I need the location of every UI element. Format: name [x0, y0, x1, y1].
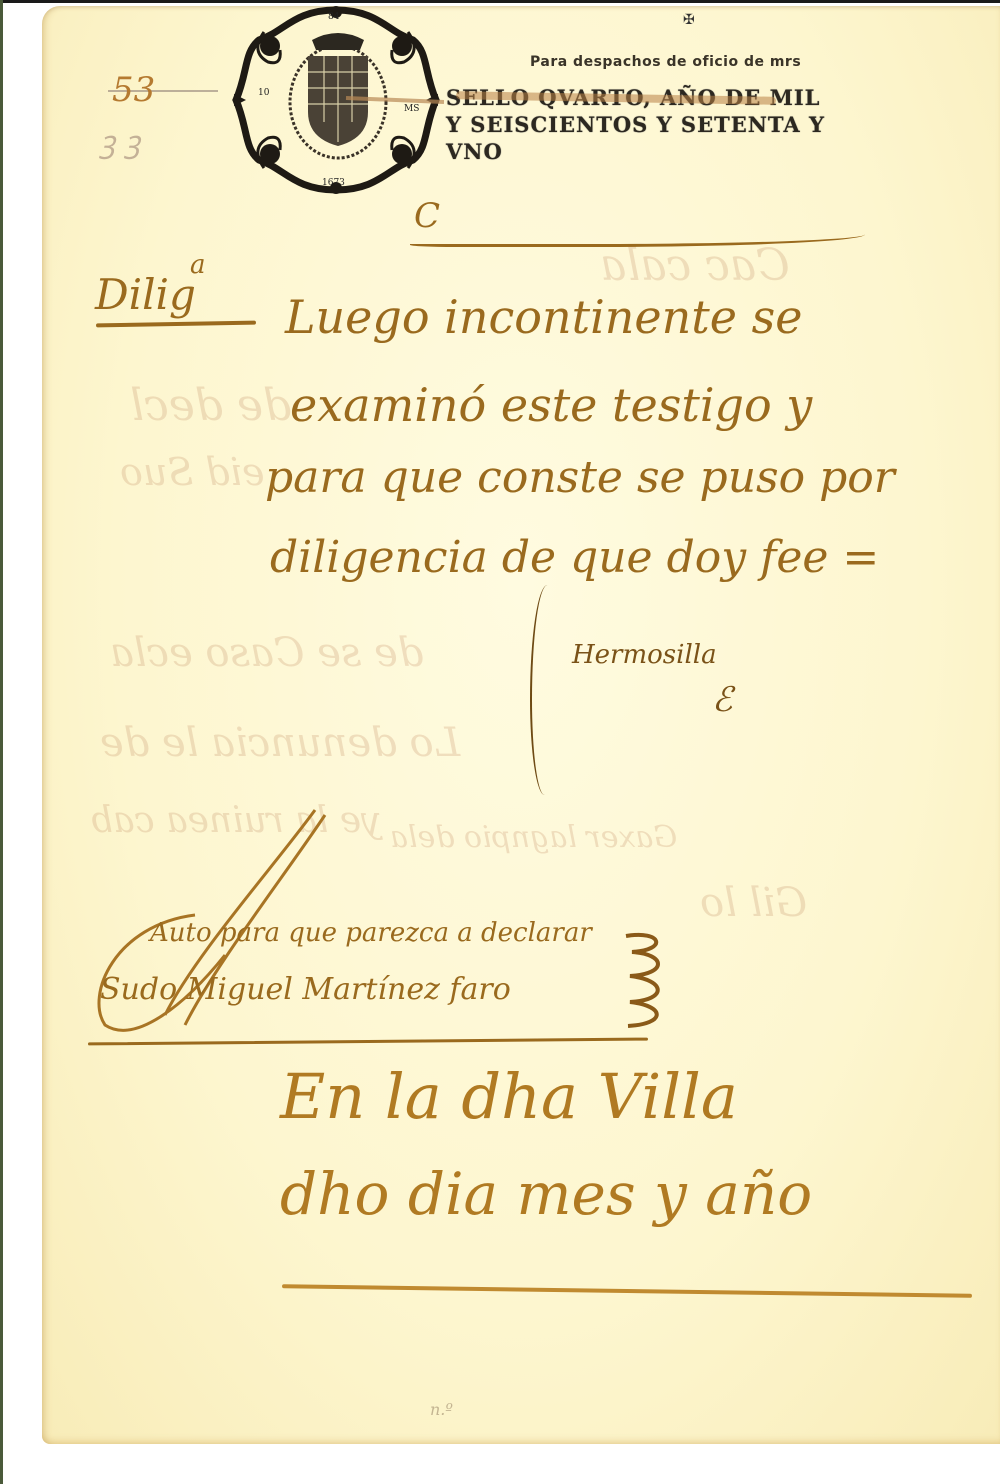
- auto-rubric-icon: [622, 930, 668, 1030]
- bleed-through-text: Cac cala: [600, 240, 790, 291]
- auto-line: Sudo Miguel Martínez faro: [100, 972, 511, 1007]
- coat-of-arms-icon: [228, 2, 444, 198]
- faint-footer-mark: n.º: [430, 1400, 453, 1419]
- stamp-subtitle: Para despachos de oficio de mrs: [530, 54, 801, 70]
- auto-line: Auto para que parezca a declarar: [150, 918, 592, 948]
- bleed-through-text: de decl: [130, 380, 291, 431]
- cross-mark-icon: ✠: [683, 12, 695, 28]
- folio-number: 53: [112, 70, 155, 110]
- bleed-through-text: Gil lo: [700, 880, 807, 926]
- closing-line: dho dia mes y año: [280, 1160, 812, 1228]
- stamp-header-line: Y SEISCIENTOS Y SETENTA Y: [446, 111, 825, 138]
- scan-frame-top: [0, 0, 1000, 3]
- margin-abbreviation: Dilig: [95, 270, 196, 319]
- stamp-number-right: MS: [404, 104, 419, 114]
- closing-line: En la dha Villa: [280, 1060, 738, 1133]
- stamp-number-top: 84: [328, 12, 339, 22]
- bleed-through-text: Lo denuncia le de: [100, 720, 460, 766]
- body-line: diligencia de que doy fee =: [270, 532, 879, 583]
- stamp-header-line: VNO: [446, 138, 825, 165]
- signature-bracket: [530, 585, 562, 795]
- royal-stamp-seal: 84 10 MS 1673: [228, 2, 444, 198]
- signature-name: Hermosilla: [572, 640, 717, 670]
- bleed-through-text: eid Suo: [120, 450, 264, 494]
- stamp-year: 1673: [322, 178, 345, 188]
- body-line: para que conste se puso por: [265, 452, 895, 503]
- body-line: examinó este testigo y: [290, 378, 812, 432]
- scan-frame-left: [0, 0, 3, 1484]
- bleed-through-text: Gaxer lagnpio dela: [390, 820, 677, 855]
- bleed-through-text: de se Caso ecla: [110, 630, 423, 676]
- signature-rubric-icon: ℰ: [712, 680, 733, 720]
- body-line: Luego incontinente se: [285, 290, 802, 344]
- faint-folio-number: ꝫ ꝫ: [100, 120, 140, 161]
- stamp-number-left: 10: [258, 88, 269, 98]
- margin-superscript: a: [190, 250, 206, 280]
